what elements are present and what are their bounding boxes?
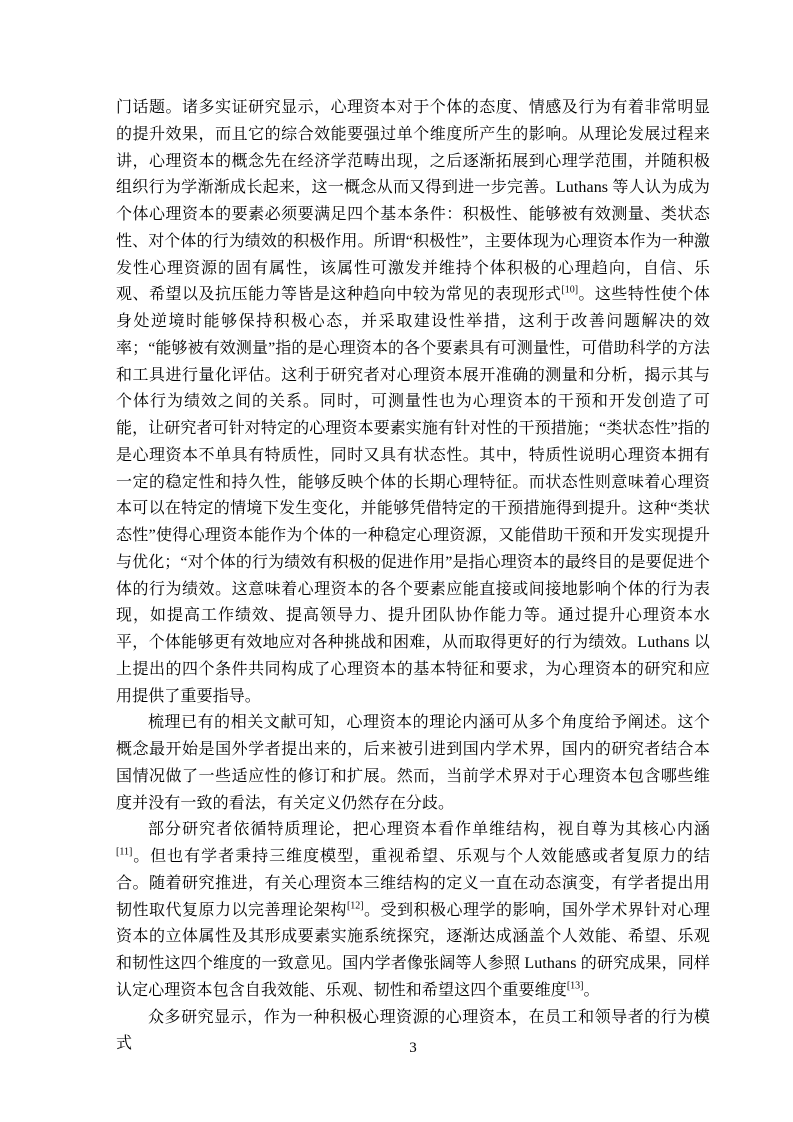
body-paragraph: 梳理已有的相关文献可知，心理资本的理论内涵可从多个角度给予阐述。这个概念最开始是… — [116, 710, 710, 817]
body-paragraph: 部分研究者依循特质理论，把心理资本看作单维结构，视自尊为其核心内涵[11]。但也… — [116, 817, 710, 1004]
citation-ref: [13] — [567, 980, 584, 991]
paragraph-text: 门话题。诸多实证研究显示，心理资本对于个体的态度、情感及行为有着非常明显的提升效… — [116, 99, 710, 303]
body-paragraph: 门话题。诸多实证研究显示，心理资本对于个体的态度、情感及行为有着非常明显的提升效… — [116, 95, 710, 710]
paragraph-text: 梳理已有的相关文献可知，心理资本的理论内涵可从多个角度给予阐述。这个概念最开始是… — [116, 714, 710, 811]
page-number: 3 — [116, 1038, 710, 1058]
citation-ref: [10] — [561, 285, 578, 296]
document-page: 门话题。诸多实证研究显示，心理资本对于个体的态度、情感及行为有着非常明显的提升效… — [0, 0, 793, 1122]
paragraph-text: 。 — [583, 982, 599, 999]
paragraph-text: 部分研究者依循特质理论，把心理资本看作单维结构，视自尊为其核心内涵 — [148, 821, 710, 838]
paragraph-text: 。这些特性使个体身处逆境时能够保持积极心态，并采取建设性举措，这利于改善问题解决… — [116, 286, 710, 704]
citation-ref: [11] — [116, 847, 132, 858]
citation-ref: [12] — [347, 900, 364, 911]
document-body: 门话题。诸多实证研究显示，心理资本对于个体的态度、情感及行为有着非常明显的提升效… — [116, 95, 710, 1058]
